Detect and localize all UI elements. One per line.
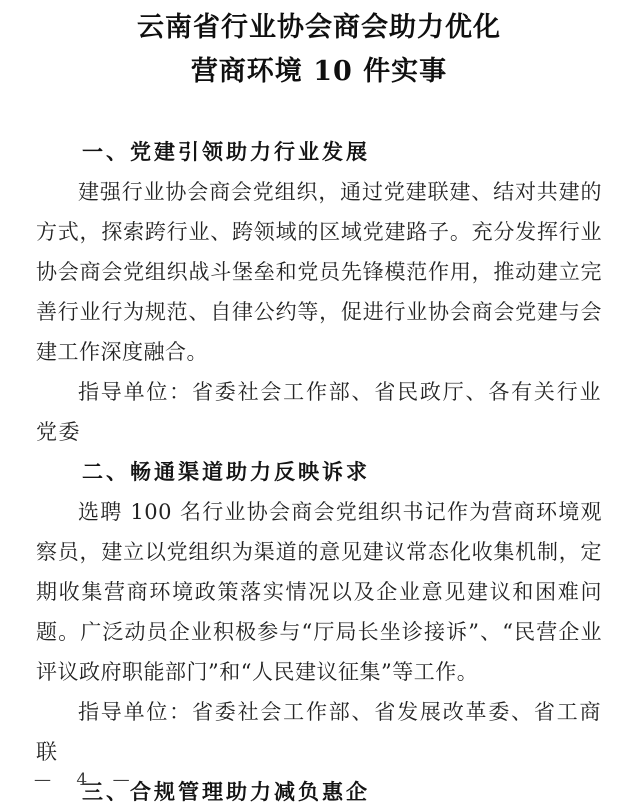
section-1-guide-units: 指导单位：省委社会工作部、省民政厅、各有关行业党委 xyxy=(36,372,602,452)
document-body: 一、党建引领助力行业发展 建强行业协会商会党组织，通过党建联建、结对共建的方式，… xyxy=(36,132,602,806)
section-2-guide-units: 指导单位：省委社会工作部、省发展改革委、省工商联 xyxy=(36,692,602,772)
section-2-paragraph: 选聘 100 名行业协会商会党组织书记作为营商环境观察员，建立以党组织为渠道的意… xyxy=(36,492,602,692)
section-2-heading: 二、畅通渠道助力反映诉求 xyxy=(36,452,602,492)
title-line-2: 营商环境 10 件实事 xyxy=(36,50,602,94)
page-number: — 4 — xyxy=(34,770,135,790)
section-1-paragraph: 建强行业协会商会党组织，通过党建联建、结对共建的方式，探索跨行业、跨领域的区域党… xyxy=(36,172,602,372)
section-1-heading: 一、党建引领助力行业发展 xyxy=(36,132,602,172)
document-title: 云南省行业协会商会助力优化 营商环境 10 件实事 xyxy=(36,6,602,94)
title-line-1: 云南省行业协会商会助力优化 xyxy=(36,6,602,50)
document-page: 云南省行业协会商会助力优化 营商环境 10 件实事 一、党建引领助力行业发展 建… xyxy=(0,0,633,806)
